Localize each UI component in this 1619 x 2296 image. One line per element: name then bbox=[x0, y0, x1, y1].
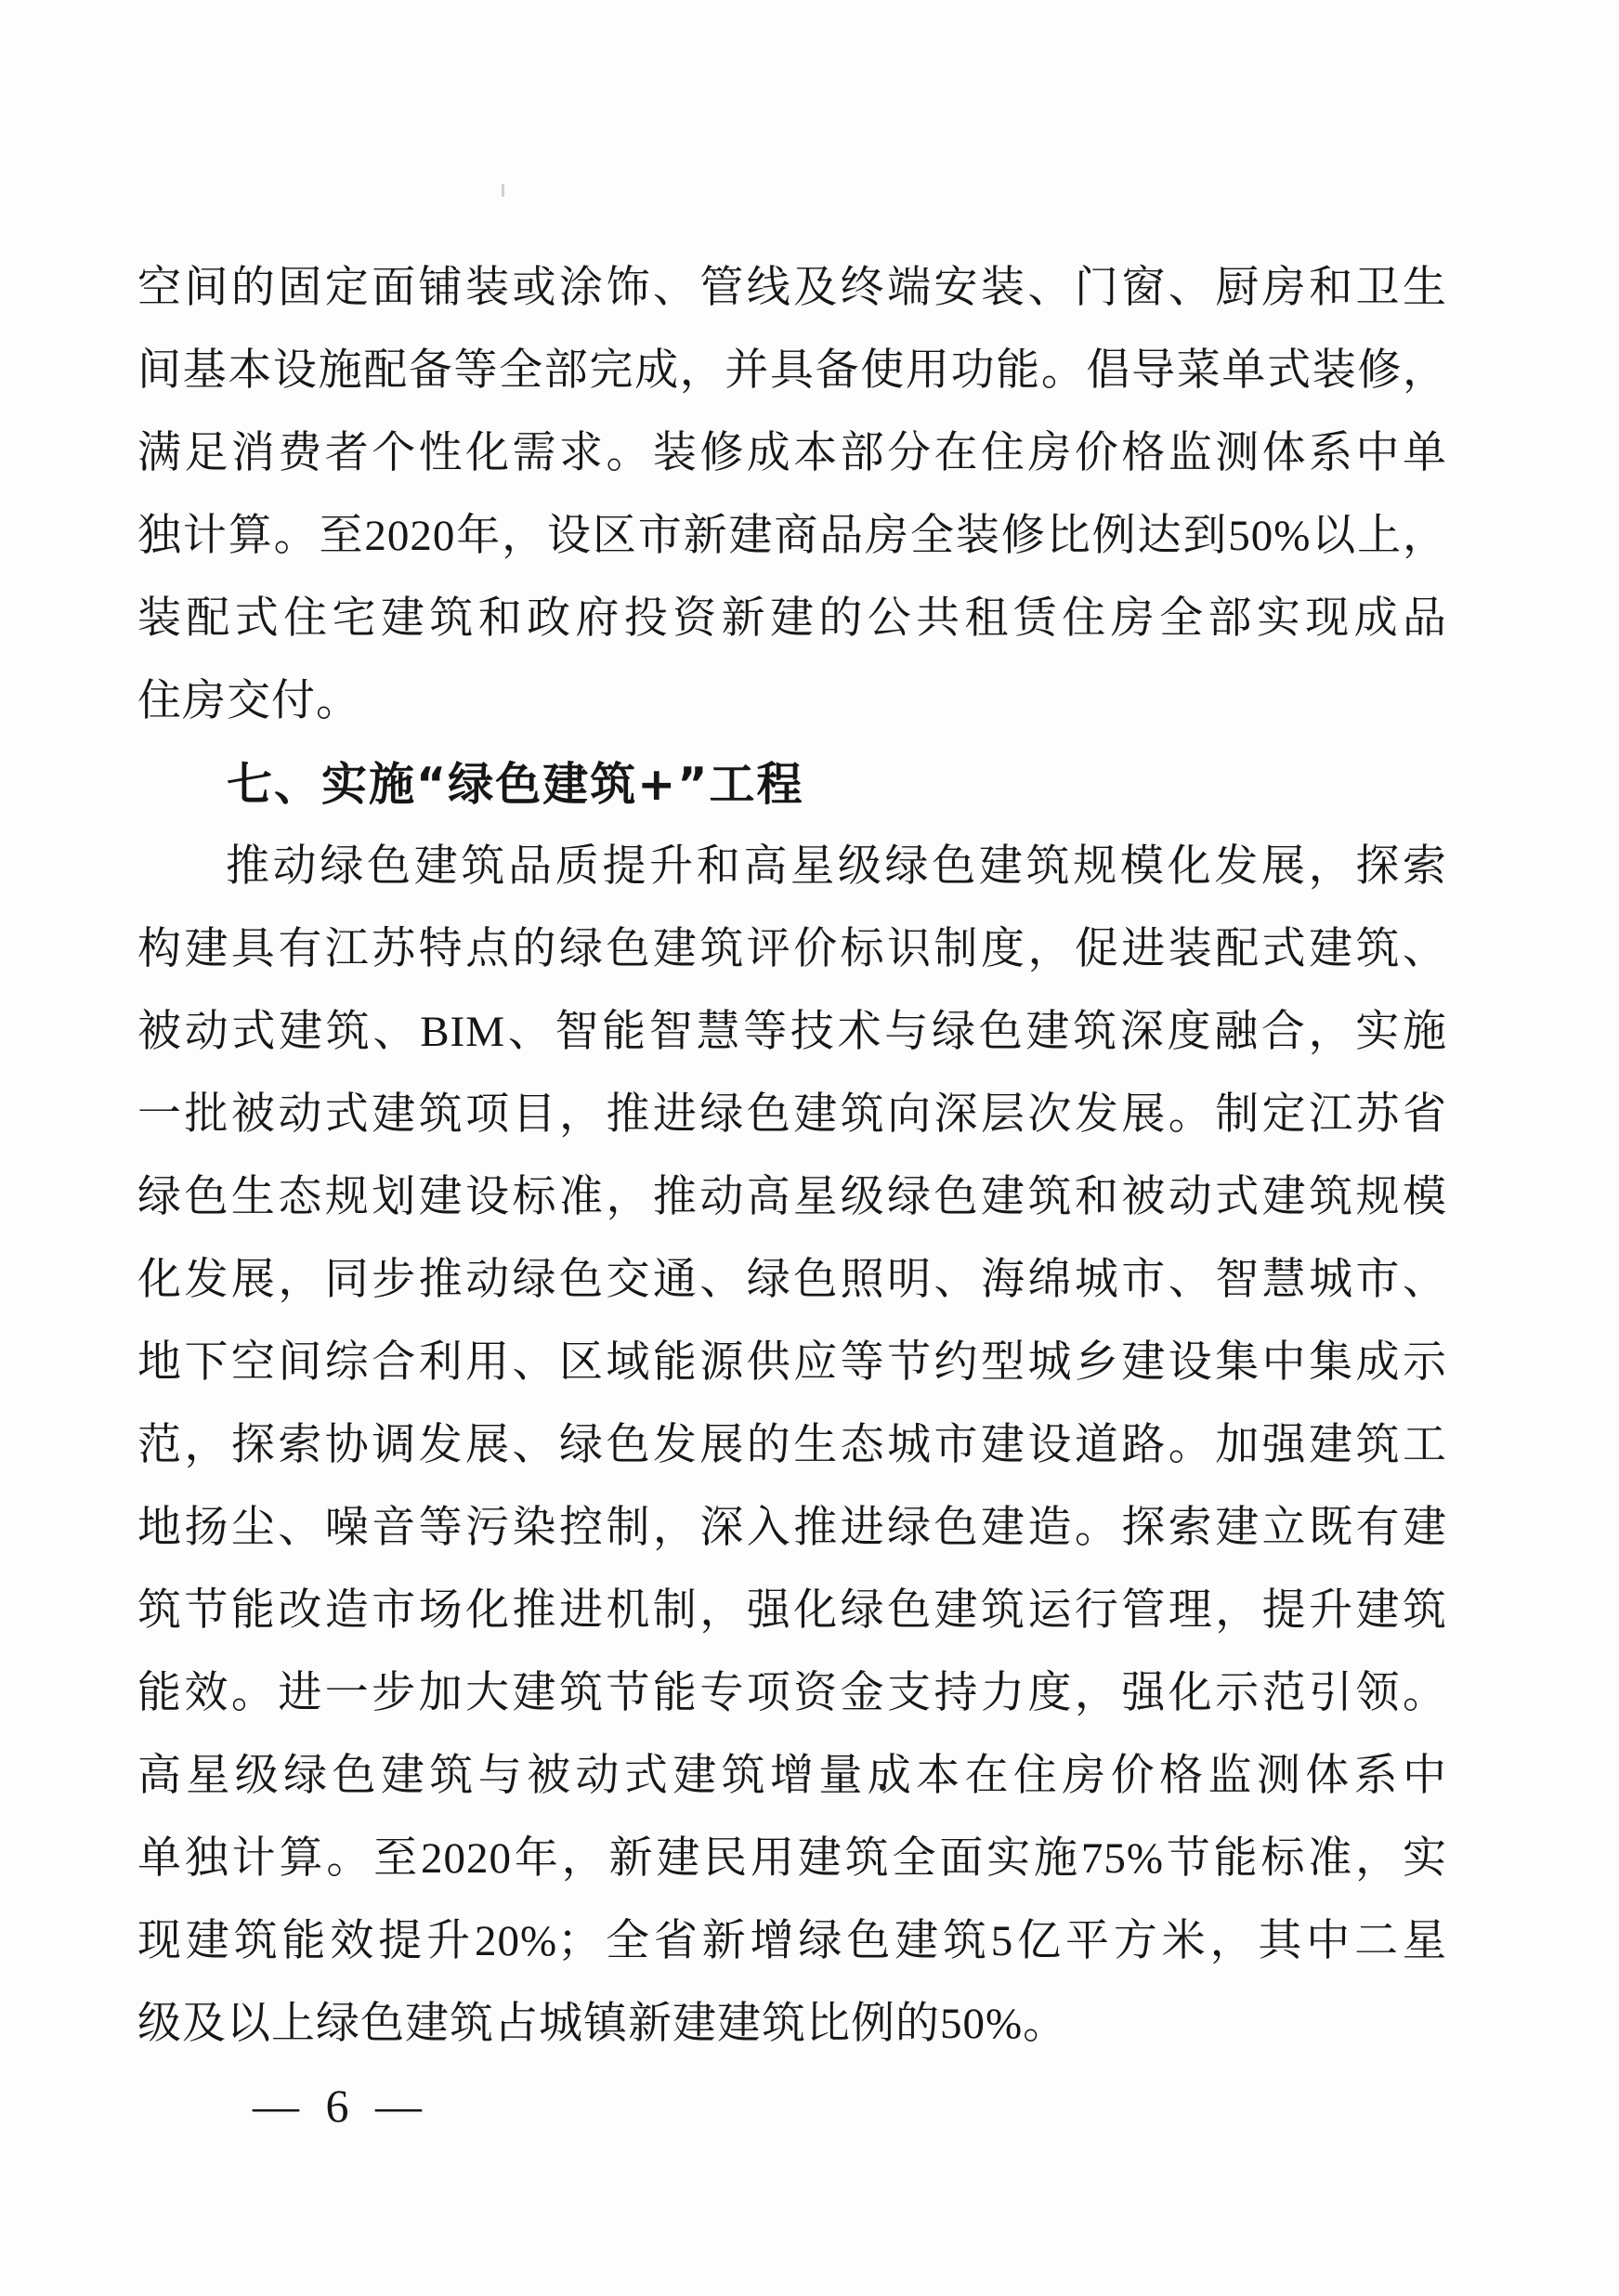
scan-speck-icon bbox=[502, 184, 504, 197]
body-line: 现建筑能效提升20%；全省新增绿色建筑5亿平方米，其中二星 bbox=[137, 1900, 1447, 1983]
body-line: 满足消费者个性化需求。装修成本部分在住房价格监测体系中单 bbox=[137, 412, 1447, 495]
body-line: 一批被动式建筑项目，推进绿色建筑向深层次发展。制定江苏省 bbox=[137, 1074, 1447, 1156]
body-line: 间基本设施配备等全部完成，并具备使用功能。倡导菜单式装修， bbox=[137, 330, 1447, 412]
page-number-footer: — 6 — bbox=[253, 2078, 429, 2133]
body-line: 级及以上绿色建筑占城镇新建建筑比例的50%。 bbox=[137, 1983, 1447, 2066]
body-line: 被动式建筑、BIM、智能智慧等技术与绿色建筑深度融合，实施 bbox=[137, 991, 1447, 1074]
body-line: 化发展，同步推动绿色交通、绿色照明、海绵城市、智慧城市、 bbox=[137, 1239, 1447, 1322]
document-page: 空间的固定面铺装或涂饰、管线及终端安装、门窗、厨房和卫生 间基本设施配备等全部完… bbox=[0, 0, 1619, 2296]
body-line: 能效。进一步加大建筑节能专项资金支持力度，强化示范引领。 bbox=[137, 1652, 1447, 1735]
body-line: 高星级绿色建筑与被动式建筑增量成本在住房价格监测体系中 bbox=[137, 1735, 1447, 1818]
body-line: 范，探索协调发展、绿色发展的生态城市建设道路。加强建筑工 bbox=[137, 1404, 1447, 1487]
body-line: 筑节能改造市场化推进机制，强化绿色建筑运行管理，提升建筑 bbox=[137, 1570, 1447, 1652]
body-line: 地下空间综合利用、区域能源供应等节约型城乡建设集中集成示 bbox=[137, 1322, 1447, 1404]
body-line: 装配式住宅建筑和政府投资新建的公共租赁住房全部实现成品 bbox=[137, 578, 1447, 660]
body-line: 独计算。至2020年，设区市新建商品房全装修比例达到50%以上， bbox=[137, 495, 1447, 578]
body-line: 构建具有江苏特点的绿色建筑评价标识制度，促进装配式建筑、 bbox=[137, 908, 1447, 991]
body-line: 绿色生态规划建设标准，推动高星级绿色建筑和被动式建筑规模 bbox=[137, 1156, 1447, 1239]
body-line: 地扬尘、噪音等污染控制，深入推进绿色建造。探索建立既有建 bbox=[137, 1487, 1447, 1570]
section-heading: 七、实施“绿色建筑+”工程 bbox=[137, 743, 1447, 826]
body-line: 住房交付。 bbox=[137, 660, 1447, 743]
body-line: 空间的固定面铺装或涂饰、管线及终端安装、门窗、厨房和卫生 bbox=[137, 247, 1447, 330]
body-line: 推动绿色建筑品质提升和高星级绿色建筑规模化发展，探索 bbox=[137, 826, 1447, 908]
text-block: 空间的固定面铺装或涂饰、管线及终端安装、门窗、厨房和卫生 间基本设施配备等全部完… bbox=[137, 247, 1447, 2066]
body-line: 单独计算。至2020年，新建民用建筑全面实施75%节能标准，实 bbox=[137, 1818, 1447, 1900]
